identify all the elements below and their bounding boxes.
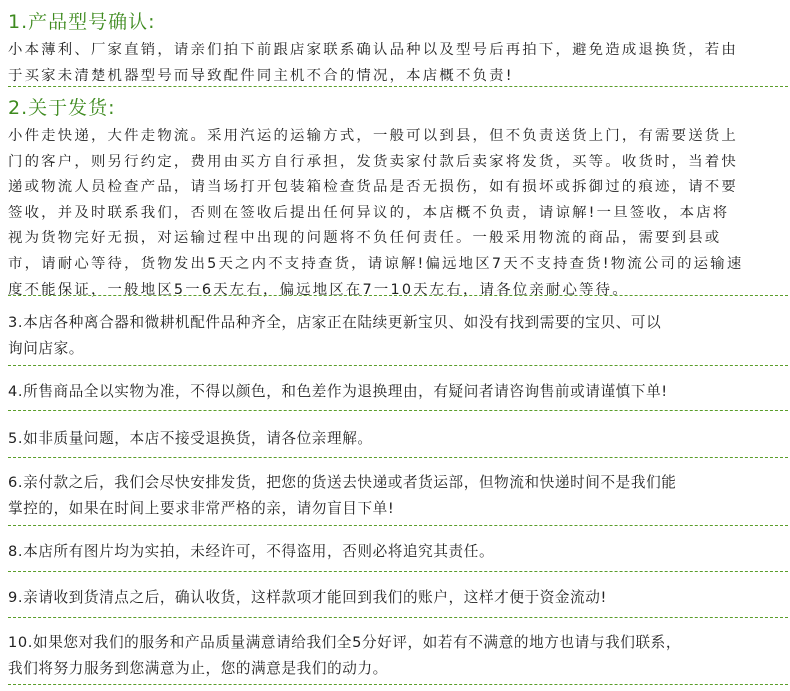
text-line: 6.亲付款之后，我们会尽快安排发货，把您的货送去快递或者货运部，但物流和快递时间… bbox=[8, 470, 788, 496]
dashed-divider bbox=[8, 86, 788, 87]
dashed-divider bbox=[8, 365, 788, 366]
text-line: 签收，并及时联系我们，否则在签收后提出任何异议的，本店概不负责，请谅解!一旦签收… bbox=[8, 201, 788, 227]
section-product-model: 1.产品型号确认: 小本薄利、厂家直销，请亲们拍下前跟店家联系确认品种以及型号后… bbox=[8, 10, 788, 89]
text-line: 市，请耐心等待，货物发出5天之内不支持查货，请谅解!偏远地区7天不支持查货!物流… bbox=[8, 252, 788, 278]
text-line: 9.亲请收到货清点之后，确认收货，这样款项才能回到我们的账户，这样才便于资金流动… bbox=[8, 585, 788, 611]
notice-item-4: 4.所售商品全以实物为准，不得以颜色，和色差作为退换理由，有疑问者请咨询售前或请… bbox=[8, 379, 788, 405]
text-line: 3.本店各种离合器和微耕机配件品种齐全，店家正在陆续更新宝贝、如没有找到需要的宝… bbox=[8, 310, 788, 336]
text-line: 门的客户，则另行约定，费用由买方自行承担，发货卖家付款后卖家将发货，买等。收货时… bbox=[8, 150, 788, 176]
notice-item-6: 6.亲付款之后，我们会尽快安排发货，把您的货送去快递或者货运部，但物流和快递时间… bbox=[8, 470, 788, 522]
text-line: 10.如果您对我们的服务和产品质量满意请给我们全5分好评，如若有不满意的地方也请… bbox=[8, 630, 788, 656]
dashed-divider bbox=[8, 617, 788, 618]
section-body: 小件走快递，大件走物流。采用汽运的运输方式，一般可以到县，但不负责送货上门，有需… bbox=[8, 124, 788, 303]
notice-item-5: 5.如非质量问题，本店不接受退换货，请各位亲理解。 bbox=[8, 426, 788, 452]
dashed-divider bbox=[8, 457, 788, 458]
dashed-divider bbox=[8, 295, 788, 296]
section-heading: 2.关于发货: bbox=[8, 96, 788, 120]
dashed-divider bbox=[8, 571, 788, 572]
text-line: 8.本店所有图片均为实拍，未经许可，不得盗用，否则必将追究其责任。 bbox=[8, 539, 788, 565]
text-line: 5.如非质量问题，本店不接受退换货，请各位亲理解。 bbox=[8, 426, 788, 452]
dashed-divider bbox=[8, 525, 788, 526]
notice-item-3: 3.本店各种离合器和微耕机配件品种齐全，店家正在陆续更新宝贝、如没有找到需要的宝… bbox=[8, 310, 788, 362]
text-line: 询问店家。 bbox=[8, 336, 788, 362]
text-line: 小件走快递，大件走物流。采用汽运的运输方式，一般可以到县，但不负责送货上门，有需… bbox=[8, 124, 788, 150]
dashed-divider bbox=[8, 684, 788, 685]
section-body: 小本薄利、厂家直销，请亲们拍下前跟店家联系确认品种以及型号后再拍下，避免造成退换… bbox=[8, 38, 788, 89]
text-line: 递或物流人员检查产品，请当场打开包装箱检查货品是否无损伤，如有损坏或拆御过的痕迹… bbox=[8, 175, 788, 201]
text-line: 度不能保证，一般地区5一6天左右，偏远地区在7一10天左右，请各位亲耐心等待。 bbox=[8, 278, 788, 304]
notice-item-8: 8.本店所有图片均为实拍，未经许可，不得盗用，否则必将追究其责任。 bbox=[8, 539, 788, 565]
text-line: 4.所售商品全以实物为准，不得以颜色，和色差作为退换理由，有疑问者请咨询售前或请… bbox=[8, 379, 788, 405]
dashed-divider bbox=[8, 410, 788, 411]
section-heading: 1.产品型号确认: bbox=[8, 10, 788, 34]
text-line: 我们将努力服务到您满意为止，您的满意是我们的动力。 bbox=[8, 656, 788, 682]
section-shipping: 2.关于发货: 小件走快递，大件走物流。采用汽运的运输方式，一般可以到县，但不负… bbox=[8, 96, 788, 303]
text-line: 视为货物完好无损，对运输过程中出现的问题将不负任何责任。一般采用物流的商品，需要… bbox=[8, 226, 788, 252]
notice-item-9: 9.亲请收到货清点之后，确认收货，这样款项才能回到我们的账户，这样才便于资金流动… bbox=[8, 585, 788, 611]
text-line: 小本薄利、厂家直销，请亲们拍下前跟店家联系确认品种以及型号后再拍下，避免造成退换… bbox=[8, 38, 788, 64]
text-line: 掌控的，如果在时间上要求非常严格的亲，请勿盲目下单! bbox=[8, 496, 788, 522]
notice-item-10: 10.如果您对我们的服务和产品质量满意请给我们全5分好评，如若有不满意的地方也请… bbox=[8, 630, 788, 682]
